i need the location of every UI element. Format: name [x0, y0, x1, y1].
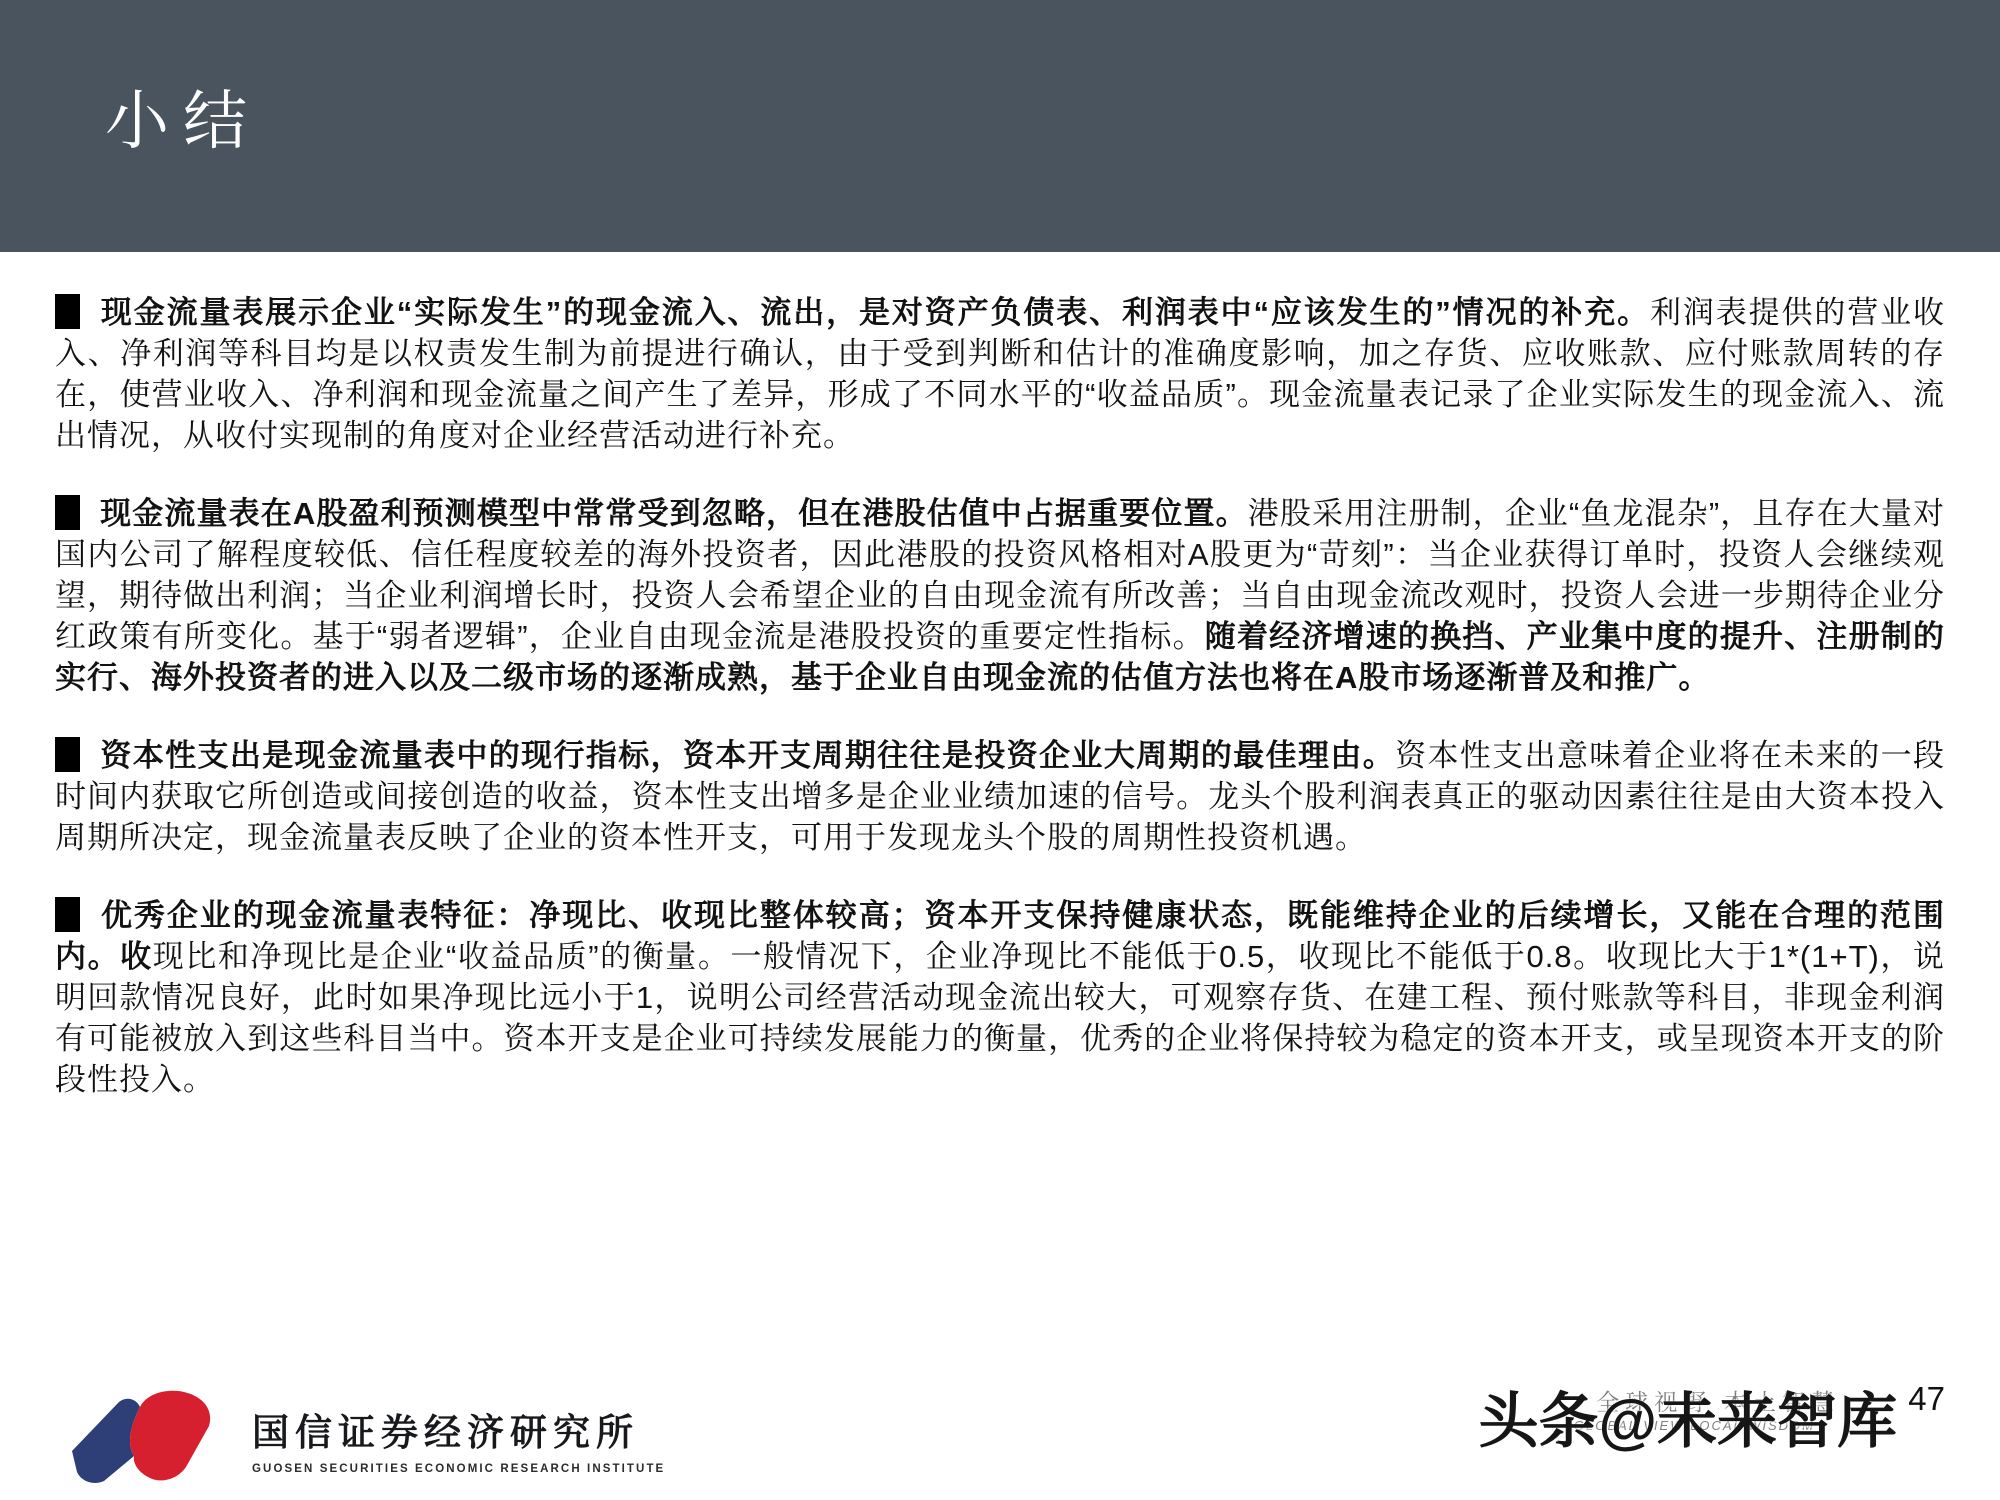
- page-number: 47: [1908, 1380, 1945, 1418]
- text-segment: 现金流量表在A股盈利预测模型中常常受到忽略，但在港股估值中占据重要位置。: [100, 496, 1248, 531]
- guosen-logo-icon: [62, 1387, 238, 1489]
- bullet-square-icon: [55, 897, 80, 932]
- bullet-square-icon: [55, 294, 80, 329]
- text-segment: 资本性支出是现金流量表中的现行指标，资本开支周期往往是投资企业大周期的最佳理由。: [100, 738, 1395, 773]
- bullet-paragraph: 资本性支出是现金流量表中的现行指标，资本开支周期往往是投资企业大周期的最佳理由。…: [55, 735, 1945, 858]
- bullet-list: 现金流量表展示企业“实际发生”的现金流入、流出，是对资产负债表、利润表中“应该发…: [55, 292, 1945, 1137]
- page-title: 小结: [105, 70, 261, 162]
- institute-name-cn: 国信证券经济研究所: [252, 1402, 665, 1456]
- bullet-paragraph: 优秀企业的现金流量表特征：净现比、收现比整体较高；资本开支保持健康状态，既能维持…: [55, 895, 1945, 1100]
- institute-name-en: GUOSEN SECURITIES ECONOMIC RESEARCH INST…: [252, 1463, 665, 1475]
- bullet-paragraph: 现金流量表在A股盈利预测模型中常常受到忽略，但在港股估值中占据重要位置。港股采用…: [55, 493, 1945, 698]
- bullet-square-icon: [55, 495, 80, 530]
- footer-right: 全球视野 本土智慧 GLOBAL VIEW LOCAL WISDOM 头条@未来…: [1465, 1378, 1945, 1478]
- institute-name-block: 国信证券经济研究所 GUOSEN SECURITIES ECONOMIC RES…: [252, 1402, 665, 1475]
- header-banner: 小结: [0, 0, 2000, 252]
- bullet-paragraph: 现金流量表展示企业“实际发生”的现金流入、流出，是对资产负债表、利润表中“应该发…: [55, 292, 1945, 456]
- bullet-square-icon: [55, 737, 80, 772]
- slide: 小结 现金流量表展示企业“实际发生”的现金流入、流出，是对资产负债表、利润表中“…: [0, 0, 2000, 1500]
- institute-logo: 国信证券经济研究所 GUOSEN SECURITIES ECONOMIC RES…: [62, 1384, 665, 1492]
- text-segment: 现金流量表展示企业“实际发生”的现金流入、流出，是对资产负债表、利润表中“应该发…: [100, 295, 1650, 330]
- watermark-toutiao: 头条@未来智库: [1478, 1374, 1897, 1460]
- text-segment: 现比和净现比是企业“收益品质”的衡量。一般情况下，企业净现比不能低于0.5，收现…: [55, 939, 1945, 1097]
